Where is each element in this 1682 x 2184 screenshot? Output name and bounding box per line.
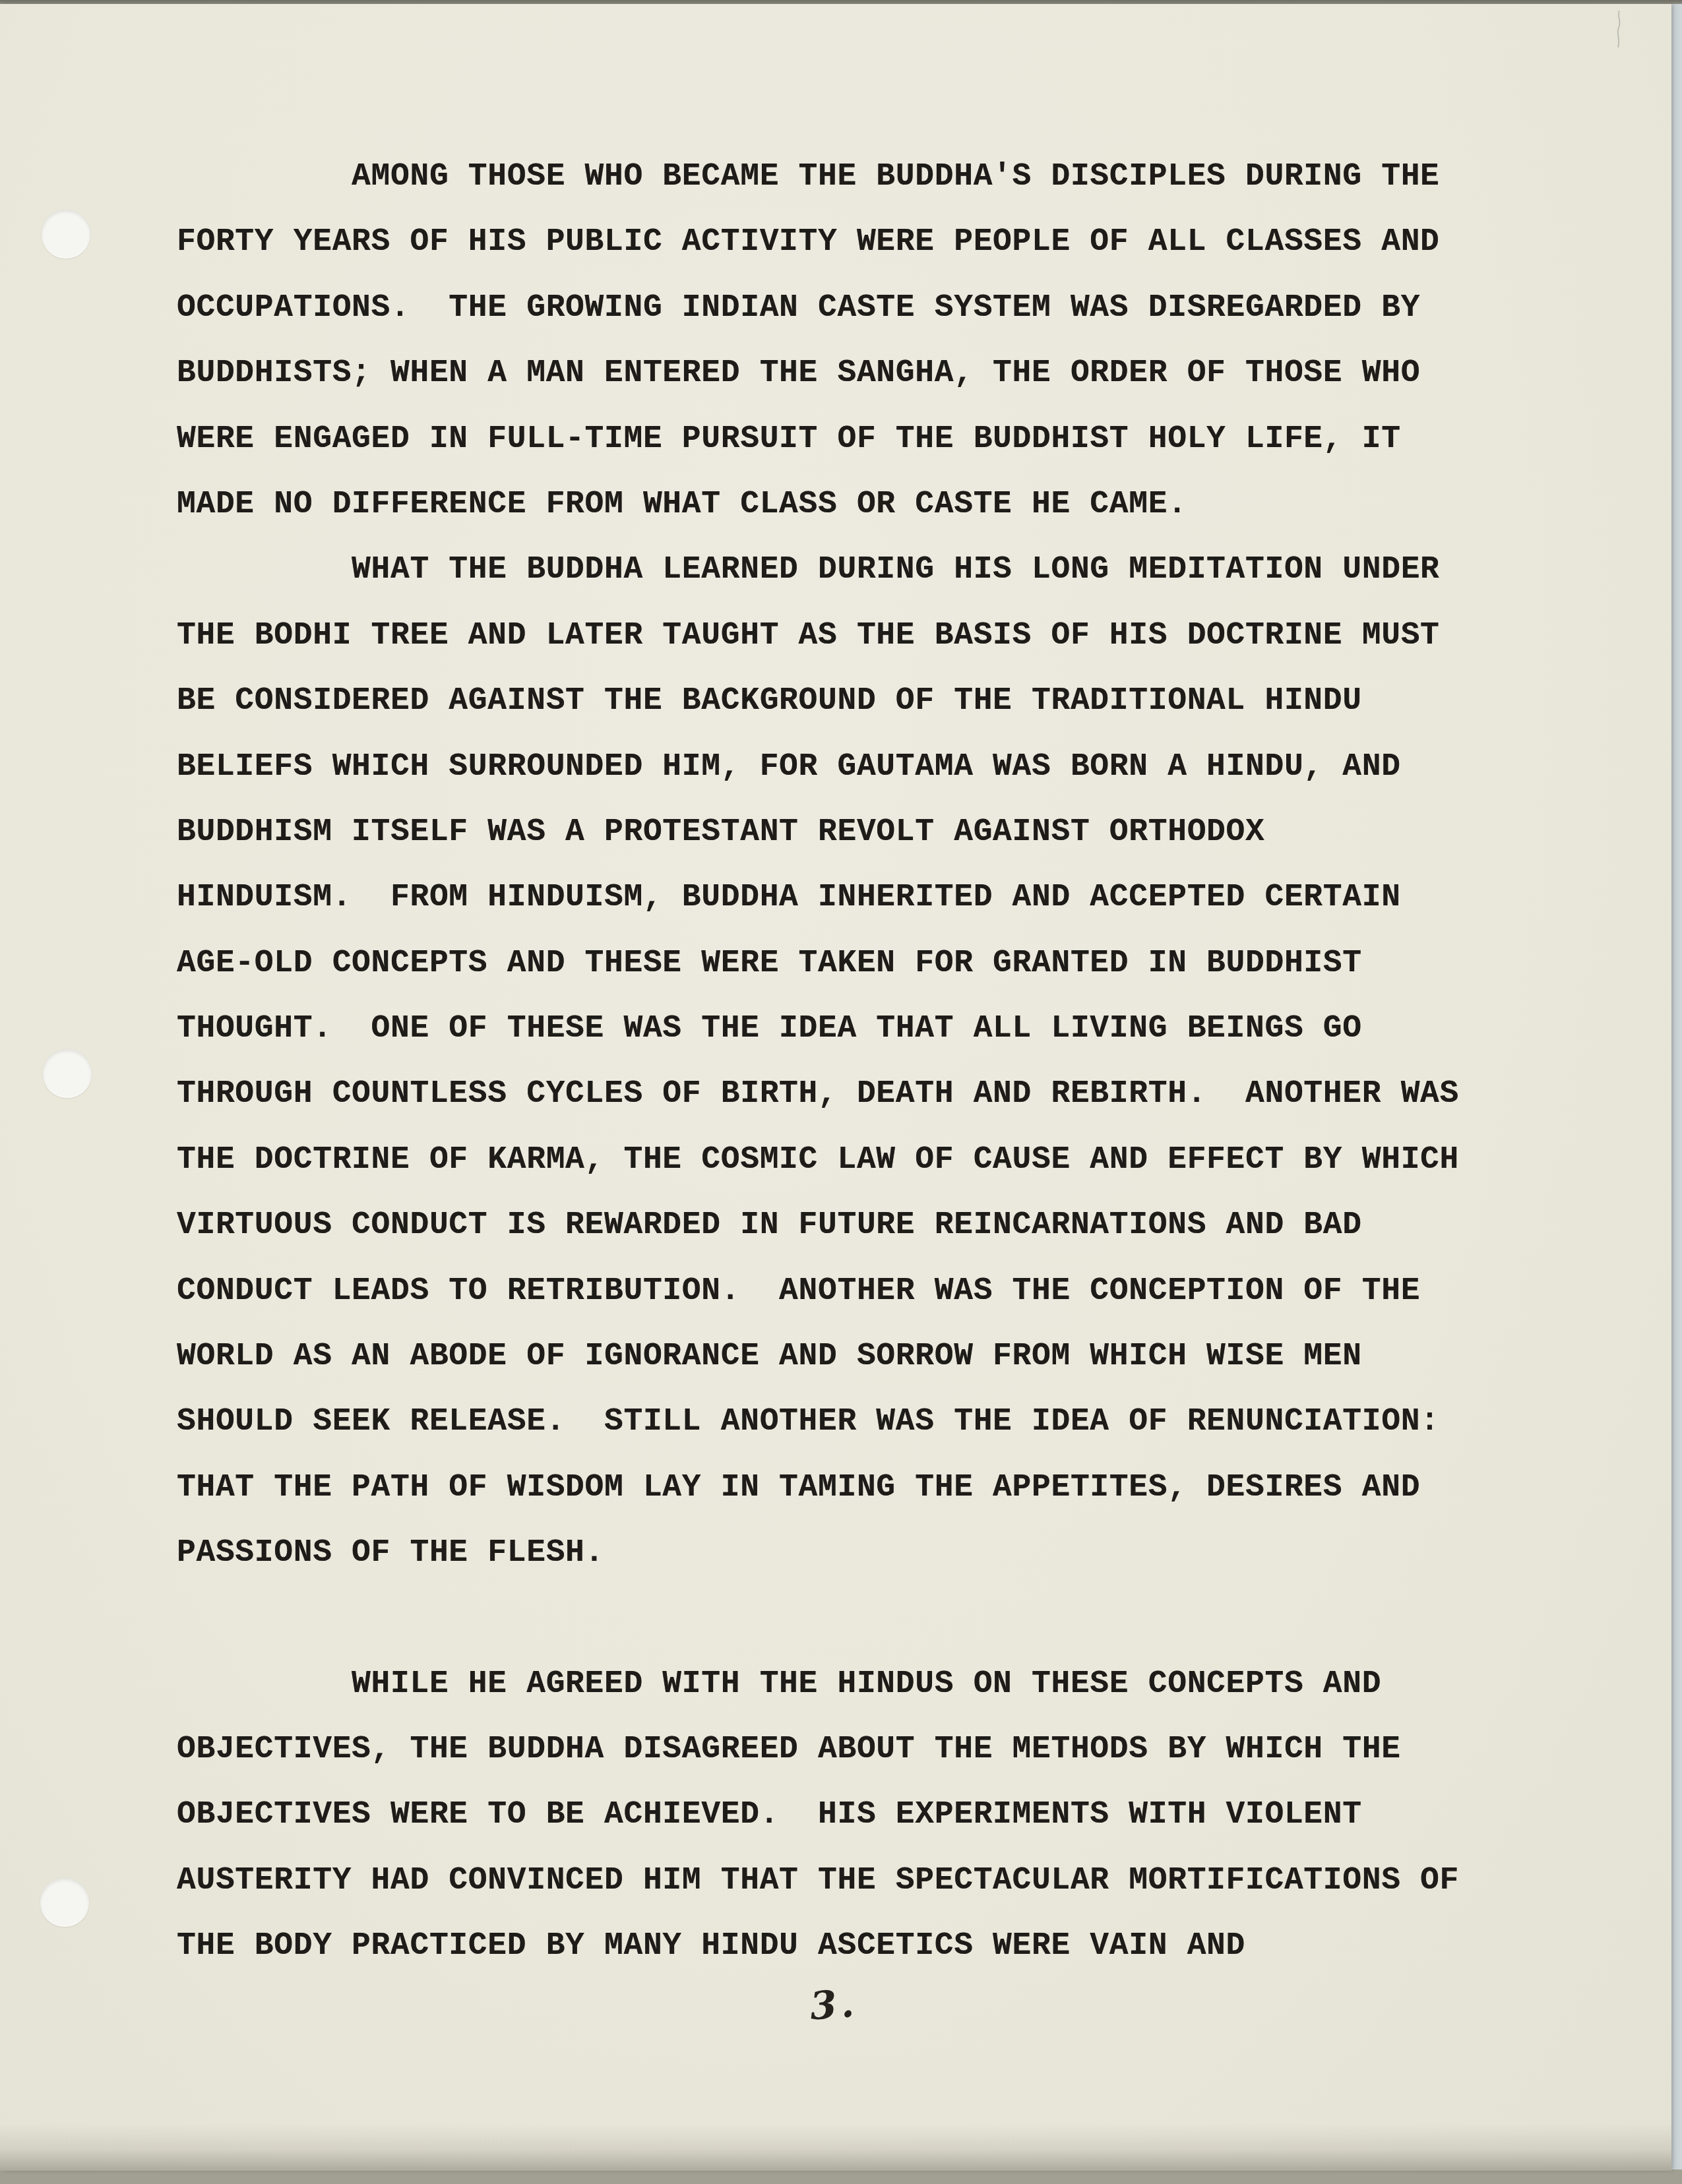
typed-line: BE CONSIDERED AGAINST THE BACKGROUND OF … [177, 669, 1529, 734]
typed-line: WORLD AS AN ABODE OF IGNORANCE AND SORRO… [177, 1324, 1529, 1389]
typed-line: THROUGH COUNTLESS CYCLES OF BIRTH, DEATH… [177, 1062, 1529, 1127]
page-bottom-shadow [0, 2123, 1671, 2171]
typed-text: AMONG THOSE WHO BECAME THE BUDDHA'S DISC… [177, 144, 1529, 1980]
typed-line: OCCUPATIONS. THE GROWING INDIAN CASTE SY… [177, 276, 1529, 341]
typed-line: THE BODY PRACTICED BY MANY HINDU ASCETIC… [177, 1914, 1529, 1979]
punch-hole-bottom [40, 1878, 89, 1927]
paragraph: WHAT THE BUDDHA LEARNED DURING HIS LONG … [177, 537, 1529, 1586]
document-page: AMONG THOSE WHO BECAME THE BUDDHA'S DISC… [0, 4, 1671, 2171]
typed-line: HINDUISM. FROM HINDUISM, BUDDHA INHERITE… [177, 865, 1529, 930]
scanner-edge-right [1670, 0, 1682, 2184]
typed-line: THAT THE PATH OF WISDOM LAY IN TAMING TH… [177, 1455, 1529, 1521]
typed-line: SHOULD SEEK RELEASE. STILL ANOTHER WAS T… [177, 1389, 1529, 1455]
typed-line: WHILE HE AGREED WITH THE HINDUS ON THESE… [177, 1652, 1529, 1717]
paragraph: AMONG THOSE WHO BECAME THE BUDDHA'S DISC… [177, 144, 1529, 537]
typed-line: CONDUCT LEADS TO RETRIBUTION. ANOTHER WA… [177, 1259, 1529, 1324]
typed-line: BELIEFS WHICH SURROUNDED HIM, FOR GAUTAM… [177, 735, 1529, 800]
typed-line: FORTY YEARS OF HIS PUBLIC ACTIVITY WERE … [177, 210, 1529, 275]
punch-hole-middle [43, 1049, 92, 1098]
punch-hole-top [42, 210, 90, 258]
paragraph: WHILE HE AGREED WITH THE HINDUS ON THESE… [177, 1652, 1529, 1980]
typed-line: BUDDHISM ITSELF WAS A PROTESTANT REVOLT … [177, 800, 1529, 865]
typed-line: AGE-OLD CONCEPTS AND THESE WERE TAKEN FO… [177, 931, 1529, 996]
typed-line: WERE ENGAGED IN FULL-TIME PURSUIT OF THE… [177, 407, 1529, 472]
typed-line: THOUGHT. ONE OF THESE WAS THE IDEA THAT … [177, 996, 1529, 1062]
typed-line: VIRTUOUS CONDUCT IS REWARDED IN FUTURE R… [177, 1193, 1529, 1258]
typed-line: BUDDHISTS; WHEN A MAN ENTERED THE SANGHA… [177, 341, 1529, 406]
typed-line: AMONG THOSE WHO BECAME THE BUDDHA'S DISC… [177, 144, 1529, 210]
typed-line: OBJECTIVES, THE BUDDHA DISAGREED ABOUT T… [177, 1717, 1529, 1782]
typed-line: AUSTERITY HAD CONVINCED HIM THAT THE SPE… [177, 1848, 1529, 1914]
typed-line: WHAT THE BUDDHA LEARNED DURING HIS LONG … [177, 537, 1529, 603]
typed-line: PASSIONS OF THE FLESH. [177, 1521, 1529, 1586]
scanner-edge-bottom [0, 2169, 1682, 2184]
typed-line: OBJECTIVES WERE TO BE ACHIEVED. HIS EXPE… [177, 1782, 1529, 1848]
typed-line: MADE NO DIFFERENCE FROM WHAT CLASS OR CA… [177, 472, 1529, 537]
page-number: 3. [809, 1981, 859, 2029]
scanner-background: AMONG THOSE WHO BECAME THE BUDDHA'S DISC… [0, 0, 1682, 2184]
typed-line: THE BODHI TREE AND LATER TAUGHT AS THE B… [177, 603, 1529, 669]
pencil-mark [1612, 9, 1627, 50]
typed-line: THE DOCTRINE OF KARMA, THE COSMIC LAW OF… [177, 1128, 1529, 1193]
